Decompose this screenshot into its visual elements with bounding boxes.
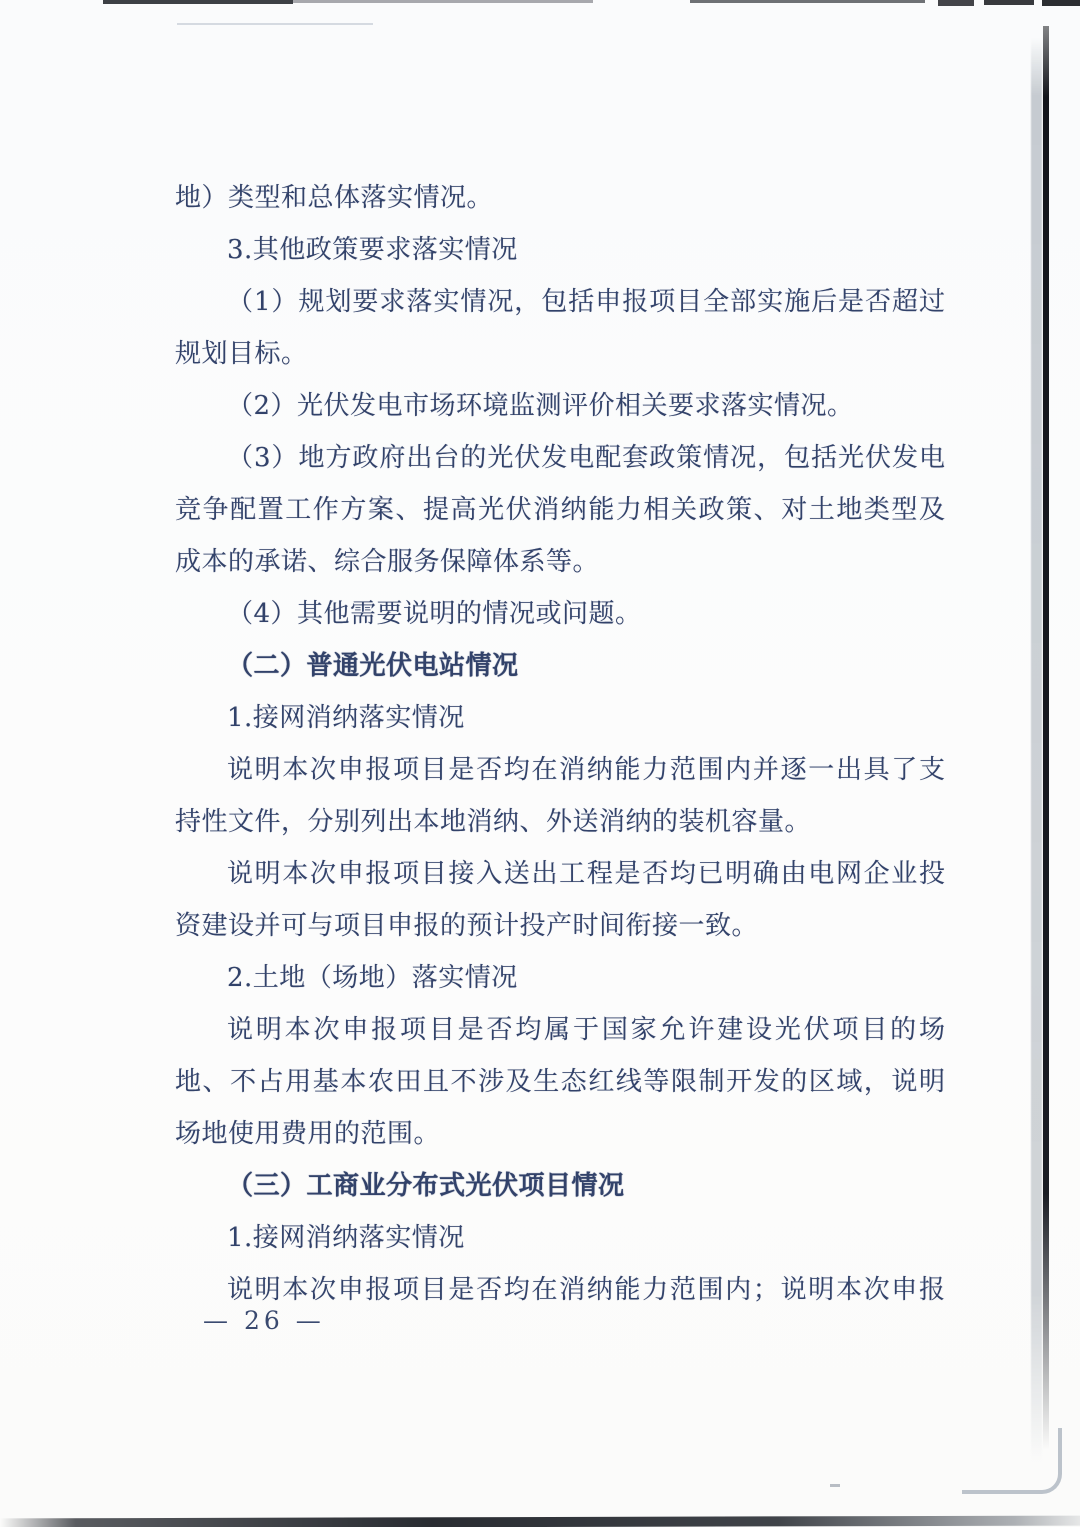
text-line: 说明本次申报项目是否均在消纳能力范围内并逐一出具了支 [175,744,945,796]
text-line: 规划目标。 [175,328,945,380]
text-line: （1）规划要求落实情况，包括申报项目全部实施后是否超过 [175,276,945,328]
scan-mark-top-corner-1 [938,0,974,6]
scan-faint-line [177,23,373,25]
page-edge-line-right [1043,26,1049,1450]
page-edge-shadow-right [1031,38,1042,1462]
scan-mark-top-corner-2 [984,0,1034,5]
text-line: 地、不占用基本农田且不涉及生态红线等限制开发的区域，说明 [175,1056,945,1108]
document-text: 地）类型和总体落实情况。3.其他政策要求落实情况（1）规划要求落实情况，包括申报… [175,172,945,1316]
text-line: （三）工商业分布式光伏项目情况 [175,1160,945,1212]
text-line: （2）光伏发电市场环境监测评价相关要求落实情况。 [175,380,945,432]
text-line: 地）类型和总体落实情况。 [175,172,945,224]
scan-mark-top-right [690,0,925,3]
text-line: 场地使用费用的范围。 [175,1108,945,1160]
text-line: 说明本次申报项目接入送出工程是否均已明确由电网企业投 [175,848,945,900]
text-line: 竞争配置工作方案、提高光伏消纳能力相关政策、对土地类型及 [175,484,945,536]
text-line: 持性文件，分别列出本地消纳、外送消纳的装机容量。 [175,796,945,848]
text-line: （3）地方政府出台的光伏发电配套政策情况，包括光伏发电 [175,432,945,484]
text-line: 成本的承诺、综合服务保障体系等。 [175,536,945,588]
text-line: 2.土地（场地）落实情况 [175,952,945,1004]
scanned-document-page: 地）类型和总体落实情况。3.其他政策要求落实情况（1）规划要求落实情况，包括申报… [0,0,1080,1527]
text-line: 1.接网消纳落实情况 [175,692,945,744]
scan-band-bottom [0,1516,1080,1527]
text-line: 3.其他政策要求落实情况 [175,224,945,276]
text-line: 说明本次申报项目是否均属于国家允许建设光伏项目的场 [175,1004,945,1056]
scan-dot-mark [830,1484,840,1487]
scan-mark-top-mid [293,0,593,3]
text-line: （二）普通光伏电站情况 [175,640,945,692]
text-line: 1.接网消纳落实情况 [175,1212,945,1264]
text-line: （4）其他需要说明的情况或问题。 [175,588,945,640]
scan-mark-top-corner-3 [1042,0,1080,6]
page-number: — 26 — [203,1306,325,1335]
page-corner-bottom-right [962,1428,1062,1494]
text-line: 资建设并可与项目申报的预计投产时间衔接一致。 [175,900,945,952]
scan-mark-top-left [103,0,293,4]
